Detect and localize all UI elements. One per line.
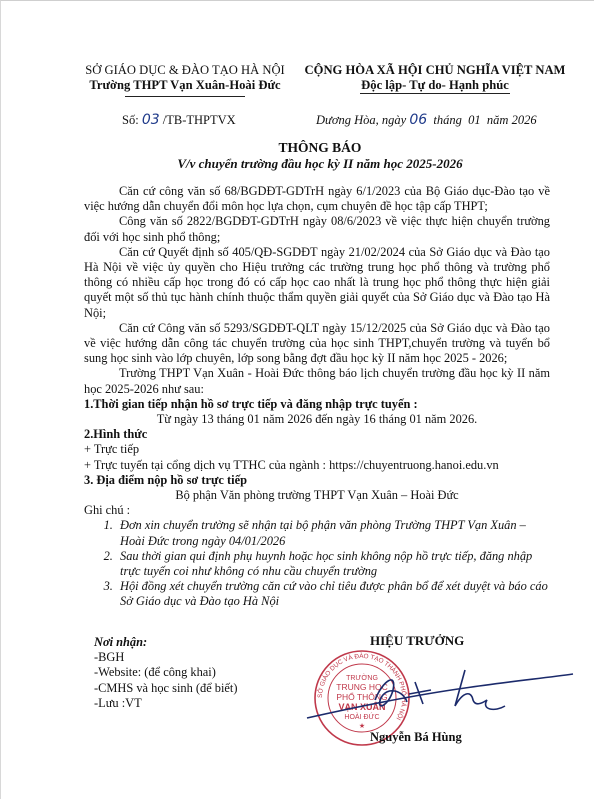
note-item: Hội đồng xét chuyển trường căn cứ vào ch… (116, 579, 550, 609)
section-3-text: Bộ phận Văn phòng trường THPT Vạn Xuân –… (84, 488, 550, 503)
signature-icon (305, 660, 575, 730)
agency-name: SỞ GIÁO DỤC & ĐÀO TẠO HÀ NỘI (60, 63, 310, 78)
date-month-label: tháng (433, 113, 461, 127)
doc-number-label: Số: (122, 113, 139, 127)
national-heading: CỘNG HÒA XÃ HỘI CHỦ NGHĨA VIỆT NAM Độc l… (290, 63, 580, 94)
date-day: 06 (409, 112, 427, 128)
section-2-item: + Trực tiếp (84, 442, 550, 457)
recipient-item: -Website: (để công khai) (94, 665, 238, 680)
date-line: Dương Hòa, ngày 06 tháng 01 năm 2026 (316, 112, 537, 128)
date-place: Dương Hòa, ngày (316, 113, 406, 127)
issuer-block: SỞ GIÁO DỤC & ĐÀO TẠO HÀ NỘI Trường THPT… (60, 63, 310, 97)
section-1-heading: 1.Thời gian tiếp nhận hồ sơ trực tiếp và… (84, 397, 550, 412)
date-month: 01 (468, 113, 481, 127)
recipient-item: -CMHS và học sinh (để biết) (94, 681, 238, 696)
document-title: THÔNG BÁO (70, 140, 570, 156)
school-name: Trường THPT Vạn Xuân-Hoài Đức (60, 78, 310, 93)
recipients-block: Nơi nhận: -BGH -Website: (để công khai) … (94, 635, 238, 711)
document-body: Căn cứ công văn số 68/BGDĐT-GDTrH ngày 6… (84, 184, 550, 610)
motto-underline (360, 93, 510, 94)
signer-title: HIỆU TRƯỞNG (370, 633, 464, 649)
section-2-heading: 2.Hình thức (84, 427, 550, 442)
document-subtitle: V/v chuyển trường đầu học kỳ II năm học … (70, 156, 570, 172)
doc-number-suffix: /TB-THPTVX (163, 113, 236, 127)
doc-number-value: 03 (142, 112, 160, 128)
date-year: 2026 (512, 113, 537, 127)
document-number: Số: 03 /TB-THPTVX (122, 112, 236, 128)
note-item: Đơn xin chuyển trường sẽ nhận tại bộ phậ… (116, 518, 550, 548)
note-item: Sau thời gian qui định phụ huynh hoặc họ… (116, 549, 550, 579)
issuer-underline (125, 96, 245, 97)
signer-name: Nguyễn Bá Hùng (370, 730, 462, 745)
recipients-heading: Nơi nhận: (94, 635, 238, 650)
basis-3: Căn cứ Quyết định số 405/QĐ-SGDĐT ngày 2… (84, 245, 550, 321)
basis-2: Công văn số 2822/BGDĐT-GDTrH ngày 08/6/2… (84, 214, 550, 244)
recipient-item: -Lưu :VT (94, 696, 238, 711)
nation-name: CỘNG HÒA XÃ HỘI CHỦ NGHĨA VIỆT NAM (290, 63, 580, 78)
recipient-item: -BGH (94, 650, 238, 665)
date-year-label: năm (487, 113, 509, 127)
section-3-heading: 3. Địa điểm nộp hồ sơ trực tiếp (84, 473, 550, 488)
national-motto: Độc lập- Tự do- Hạnh phúc (290, 78, 580, 93)
basis-1: Căn cứ công văn số 68/BGDĐT-GDTrH ngày 6… (84, 184, 550, 214)
section-2-item: + Trực tuyến tại cổng dịch vụ TTHC của n… (84, 458, 550, 473)
notes-list: Đơn xin chuyển trường sẽ nhận tại bộ phậ… (84, 518, 550, 609)
basis-4: Căn cứ Công văn số 5293/SGDĐT-QLT ngày 1… (84, 321, 550, 367)
notes-heading: Ghi chú : (84, 503, 550, 518)
intro-paragraph: Trường THPT Vạn Xuân - Hoài Đức thông bá… (84, 366, 550, 396)
section-1-text: Từ ngày 13 tháng 01 năm 2026 đến ngày 16… (84, 412, 550, 427)
